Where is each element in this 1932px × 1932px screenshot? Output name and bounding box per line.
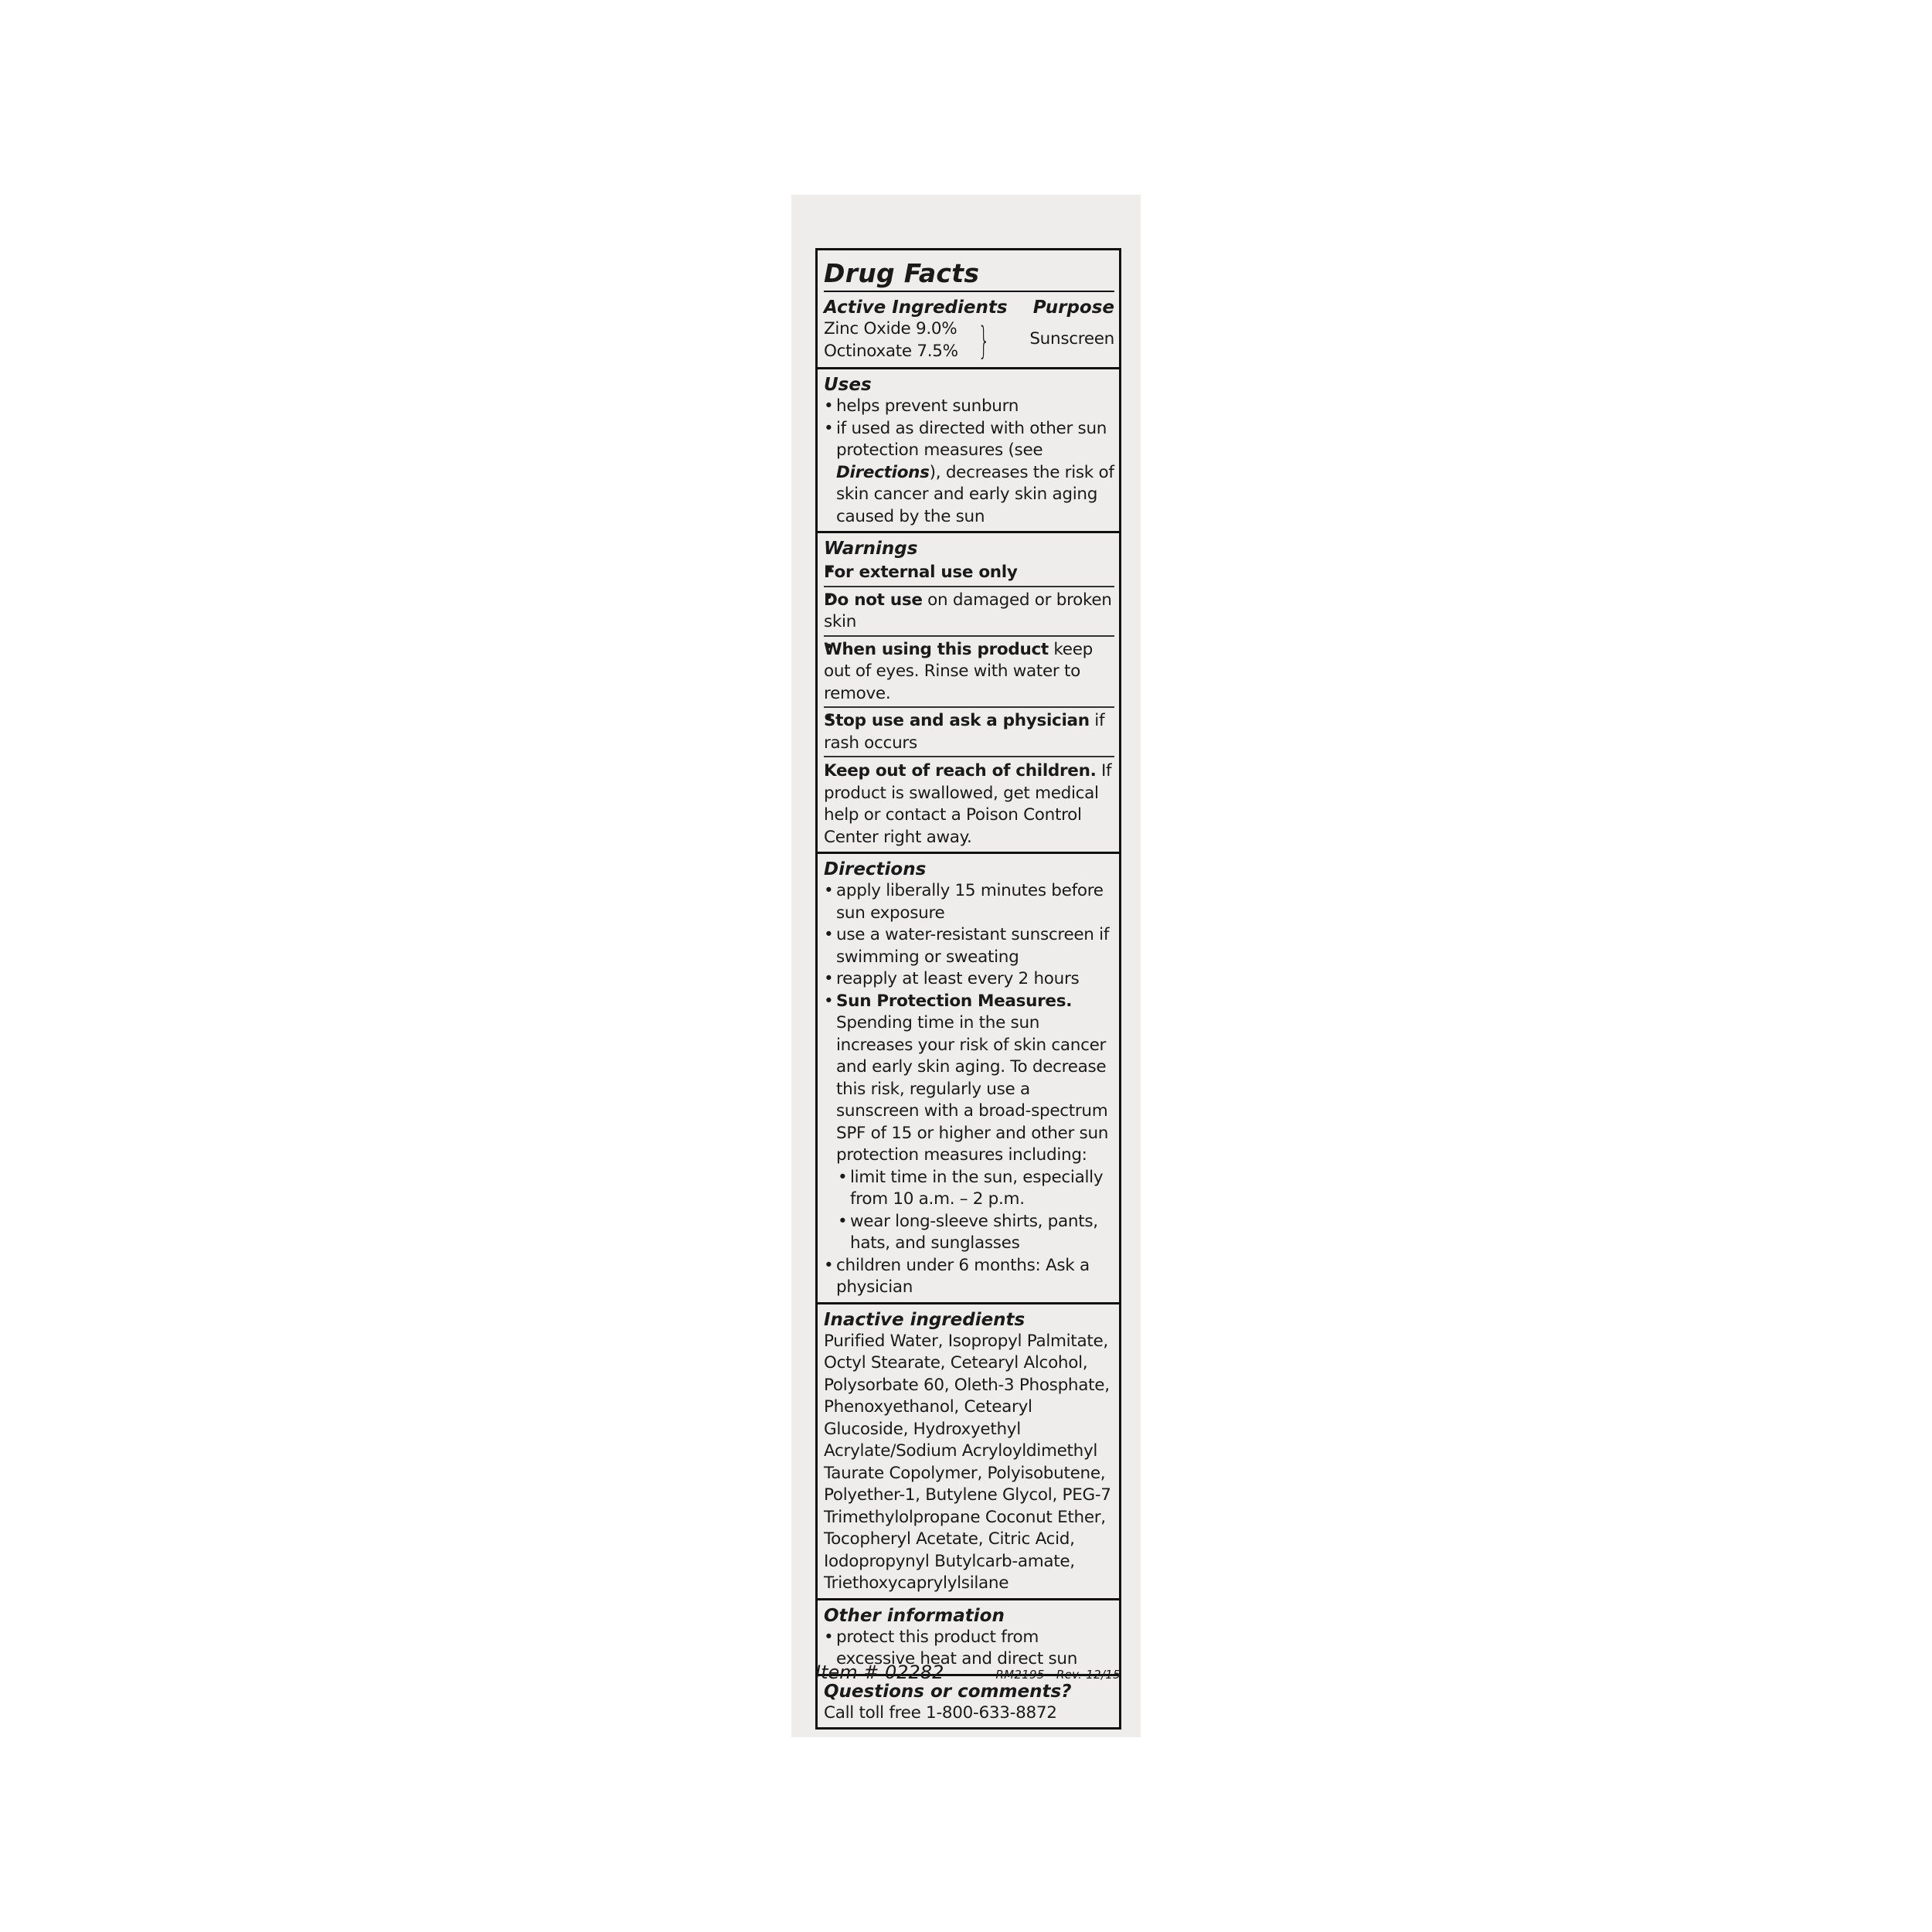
directions-item: apply liberally 15 minutes before sun ex… [824, 880, 1114, 924]
directions-item-children: children under 6 months: Ask a physician [824, 1255, 1114, 1299]
product-code: RM2195 [995, 1668, 1044, 1682]
warning-bold: Stop use and ask a physician [824, 711, 1090, 730]
section-inactive-ingredients: Inactive ingredients Purified Water, Iso… [818, 1302, 1119, 1598]
item-number: Item # 02282 [815, 1662, 944, 1683]
brace-icon: } [978, 319, 989, 362]
uses-item: if used as directed with other sun prote… [824, 418, 1114, 529]
inactive-list: Purified Water, Isopropyl Palmitate, Oct… [824, 1331, 1114, 1595]
section-title: Drug Facts Active Ingredients Purpose Zi… [818, 250, 1119, 367]
directions-sub-item: wear long-sleeve shirts, pants, hats, an… [824, 1211, 1114, 1255]
section-uses: Uses helps prevent sunburn if used as di… [818, 367, 1119, 531]
uses-heading: Uses [824, 374, 1114, 396]
directions-item: use a water-resistant sunscreen if swimm… [824, 924, 1114, 968]
sun-protection-bold: Sun Protection Measures. [836, 992, 1072, 1011]
ingredients-group: Zinc Oxide 9.0% Octinoxate 7.5% } [824, 318, 995, 362]
purpose-value: Sunscreen [1029, 328, 1114, 351]
directions-heading: Directions [824, 859, 1114, 880]
sun-protection-text: Spending time in the sun increases your … [836, 1013, 1108, 1165]
drug-facts-box: Drug Facts Active Ingredients Purpose Zi… [815, 248, 1121, 1730]
active-ingredients-row: Zinc Oxide 9.0% Octinoxate 7.5% } Sunscr… [824, 318, 1114, 367]
warning-bold: When using this product [824, 640, 1049, 659]
other-heading: Other information [824, 1605, 1114, 1627]
directions-sub-item: limit time in the sun, especially from 1… [824, 1167, 1114, 1211]
warning-keep-out-of-reach: Keep out of reach of children. If produc… [824, 757, 1114, 849]
questions-heading: Questions or comments? [824, 1681, 1114, 1702]
revision-info: RM2195 Rev. 12/15 [995, 1668, 1121, 1682]
label-footer: Item # 02282 RM2195 Rev. 12/15 [815, 1662, 1121, 1683]
drug-facts-title: Drug Facts [824, 255, 1114, 291]
active-ingredients-header: Active Ingredients Purpose [824, 297, 1114, 318]
warning-bold: Do not use [824, 590, 923, 610]
uses-item: helps prevent sunburn [824, 396, 1114, 418]
directions-item: reapply at least every 2 hours [824, 968, 1114, 991]
section-warnings: Warnings For external use only Do not us… [818, 531, 1119, 852]
directions-reference: Directions [836, 463, 930, 482]
warning-when-using: When using this product keep out of eyes… [824, 637, 1114, 709]
warnings-heading: Warnings [824, 538, 1114, 560]
warning-bold: Keep out of reach of children. [824, 761, 1096, 781]
ingredient-zinc-oxide: Zinc Oxide 9.0% [824, 318, 958, 341]
revision-date: Rev. 12/15 [1056, 1668, 1121, 1682]
active-ingredients-heading: Active Ingredients [824, 297, 1008, 318]
warning-stop-use: Stop use and ask a physician if rash occ… [824, 708, 1114, 757]
uses-item-text: if used as directed with other sun prote… [836, 419, 1107, 461]
section-directions: Directions apply liberally 15 minutes be… [818, 852, 1119, 1302]
questions-phone: Call toll free 1-800-633-8872 [824, 1702, 1114, 1725]
purpose-heading: Purpose [1033, 297, 1114, 318]
inactive-heading: Inactive ingredients [824, 1309, 1114, 1331]
directions-sun-protection: Sun Protection Measures. Spending time i… [824, 991, 1114, 1167]
title-rule [824, 291, 1114, 292]
ingredient-octinoxate: Octinoxate 7.5% [824, 341, 958, 363]
warning-external-use: For external use only [824, 560, 1114, 587]
warning-do-not-use: Do not use on damaged or broken skin [824, 587, 1114, 637]
